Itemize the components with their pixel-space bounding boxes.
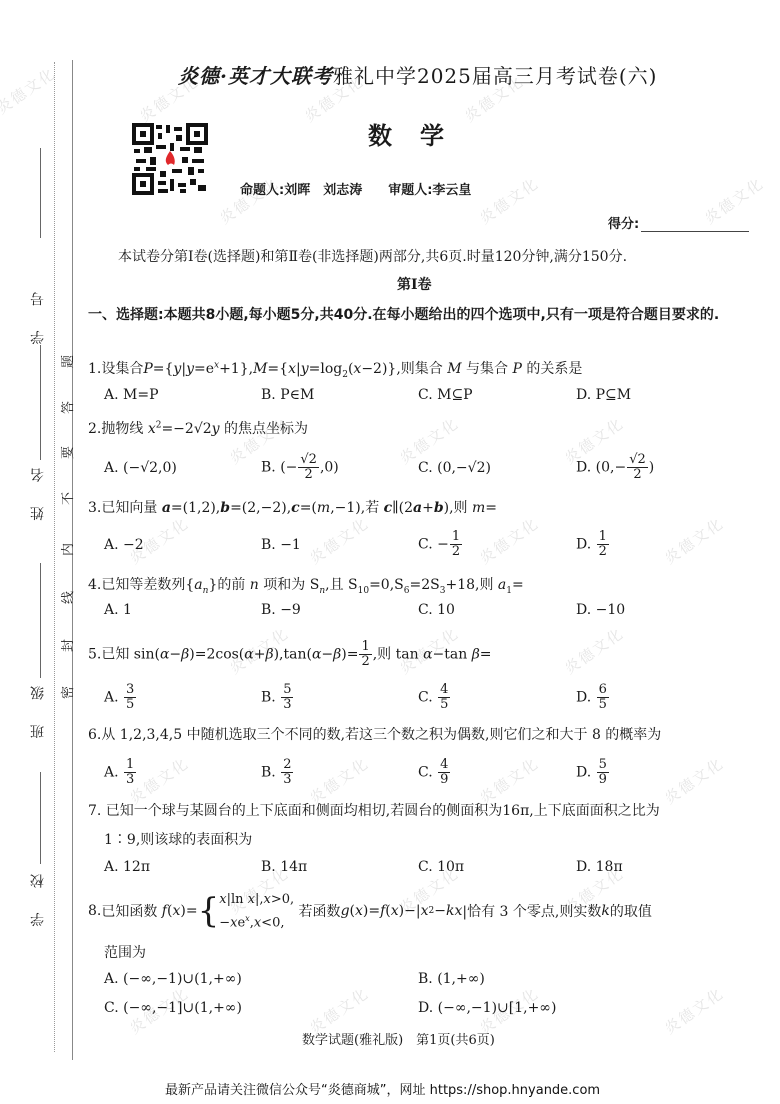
subject-title: 数学 <box>368 116 472 151</box>
option-2b[interactable]: B. (−√22,0) <box>261 453 339 482</box>
option-5c[interactable]: C. 45 <box>418 683 451 712</box>
watermark: 炎德文化 <box>305 512 373 568</box>
option-5d[interactable]: D. 65 <box>576 683 610 712</box>
student-id-field-line <box>40 148 41 238</box>
option-8d[interactable]: D. (−∞,−1)∪[1,+∞) <box>418 1000 556 1016</box>
section-title: 第Ⅰ卷 <box>397 274 432 294</box>
seal-warning-char: 内 <box>57 543 76 556</box>
seal-warning-char: 答 <box>57 401 76 414</box>
option-3c[interactable]: C. −12 <box>418 530 463 559</box>
option-2a[interactable]: A. (−√2,0) <box>104 460 177 476</box>
exam-title: 炎德·英才大联考雅礼中学2025届高三月考试卷(六) <box>178 60 657 89</box>
option-8c[interactable]: C. (−∞,−1]∪(1,+∞) <box>104 1000 242 1016</box>
promo-banner: 最新产品请关注微信公众号“炎德商城”，网址 https://shop.hnyan… <box>165 1079 600 1098</box>
option-3d[interactable]: D. 12 <box>576 530 610 559</box>
option-6b[interactable]: B. 23 <box>261 758 294 787</box>
option-2d[interactable]: D. (0,−√22) <box>576 453 654 482</box>
question-8-continued: 范围为 <box>104 942 146 962</box>
option-4c[interactable]: C. 10 <box>418 602 455 618</box>
question-7: 7. 已知一个球与某圆台的上下底面和侧面均相切,若圆台的侧面积为16π,上下底面… <box>88 800 660 820</box>
school-field-line <box>40 772 41 864</box>
exam-brand: 炎德·英才大联考 <box>178 64 333 88</box>
option-3b[interactable]: B. −1 <box>261 537 301 553</box>
option-7a[interactable]: A. 12π <box>104 859 150 875</box>
option-6c[interactable]: C. 49 <box>418 758 451 787</box>
option-6d[interactable]: D. 59 <box>576 758 610 787</box>
question-number: 5. <box>88 647 101 663</box>
seal-warning-char: 密 <box>57 686 76 699</box>
watermark: 炎德文化 <box>660 512 728 568</box>
exam-instructions: 本试卷分第Ⅰ卷(选择题)和第Ⅱ卷(非选择题)两部分,共6页.时量120分钟,满分… <box>118 246 627 266</box>
option-6a[interactable]: A. 13 <box>104 758 137 787</box>
option-3a[interactable]: A. −2 <box>104 537 144 553</box>
seal-warning-char: 线 <box>57 591 76 604</box>
option-7b[interactable]: B. 14π <box>261 859 307 875</box>
question-8: 8.已知函数 f(x)={x|ln x|,x>0,−xex,x<0, 若函数 g… <box>88 890 652 932</box>
name-field-line <box>40 345 41 460</box>
question-1: 1.设集合P={y|y=ex+1},M={x|y=log2(x−2)},则集合 … <box>88 358 582 380</box>
seal-warning-char: 不 <box>57 492 76 505</box>
question-number: 6. <box>88 727 101 743</box>
question-3: 3.已知向量 a=(1,2),b=(2,−2),c=(m,−1),若 c∥(2a… <box>88 497 497 517</box>
class-field-line <box>40 563 41 678</box>
option-5b[interactable]: B. 53 <box>261 683 294 712</box>
option-1c[interactable]: C. M⊆P <box>418 387 473 403</box>
watermark: 炎德文化 <box>660 752 728 808</box>
option-4b[interactable]: B. −9 <box>261 602 301 618</box>
section-description: 一、选择题:本题共8小题,每小题5分,共40分.在每小题给出的四个选项中,只有一… <box>88 301 768 330</box>
option-2c[interactable]: C. (0,−√2) <box>418 460 491 476</box>
exam-title-rest: 雅礼中学2025届高三月考试卷(六) <box>333 64 658 88</box>
seal-warning-char: 题 <box>57 355 76 368</box>
question-number: 8. <box>88 903 101 919</box>
watermark: 炎德文化 <box>0 62 60 118</box>
question-number: 3. <box>88 500 101 516</box>
option-7c[interactable]: C. 10π <box>418 859 464 875</box>
option-1a[interactable]: A. M=P <box>104 387 159 403</box>
question-2: 2.抛物线 x2=−2√2y 的焦点坐标为 <box>88 418 308 438</box>
binding-line <box>72 60 73 1060</box>
seal-warning-char: 封 <box>57 639 76 652</box>
option-5a[interactable]: A. 35 <box>104 683 137 712</box>
watermark: 炎德文化 <box>475 172 543 228</box>
option-8a[interactable]: A. (−∞,−1)∪(1,+∞) <box>104 971 242 987</box>
watermark: 炎德文化 <box>560 622 628 678</box>
score-field: 得分: <box>608 213 749 232</box>
student-id-label: 学 号 <box>28 282 48 344</box>
dotted-cut-line <box>54 62 55 1052</box>
option-4a[interactable]: A. 1 <box>104 602 132 618</box>
class-label: 班 级 <box>28 676 48 738</box>
question-number: 2. <box>88 421 101 437</box>
qr-code-icon <box>132 123 208 195</box>
school-label: 学 校 <box>28 864 48 926</box>
question-4: 4.已知等差数列{an}的前 n 项和为 Sn,且 S10=0,S6=2S3+1… <box>88 574 524 596</box>
score-label: 得分: <box>608 217 639 232</box>
question-7-continued: 1∶9,则该球的表面积为 <box>104 829 252 849</box>
option-1d[interactable]: D. P⊆M <box>576 387 631 403</box>
option-4d[interactable]: D. −10 <box>576 602 625 618</box>
page-footer: 数学试题(雅礼版) 第1页(共6页) <box>302 1029 495 1048</box>
watermark: 炎德文化 <box>660 982 728 1038</box>
question-6: 6.从 1,2,3,4,5 中随机选取三个不同的数,若这三个数之积为偶数,则它们… <box>88 724 661 744</box>
question-number: 1. <box>88 361 101 377</box>
question-5: 5.已知 sin(α−β)=2cos(α+β),tan(α−β)=12,则 ta… <box>88 640 492 669</box>
seal-warning-char: 要 <box>57 446 76 459</box>
name-label: 姓 名 <box>28 458 48 520</box>
question-number: 4. <box>88 577 101 593</box>
option-1b[interactable]: B. P∈M <box>261 387 314 403</box>
watermark: 炎德文化 <box>475 512 543 568</box>
option-8b[interactable]: B. (1,+∞) <box>418 971 485 987</box>
option-7d[interactable]: D. 18π <box>576 859 623 875</box>
authors-line: 命题人:刘晖 刘志涛 审题人:李云皇 <box>240 179 471 198</box>
score-blank <box>641 217 749 232</box>
